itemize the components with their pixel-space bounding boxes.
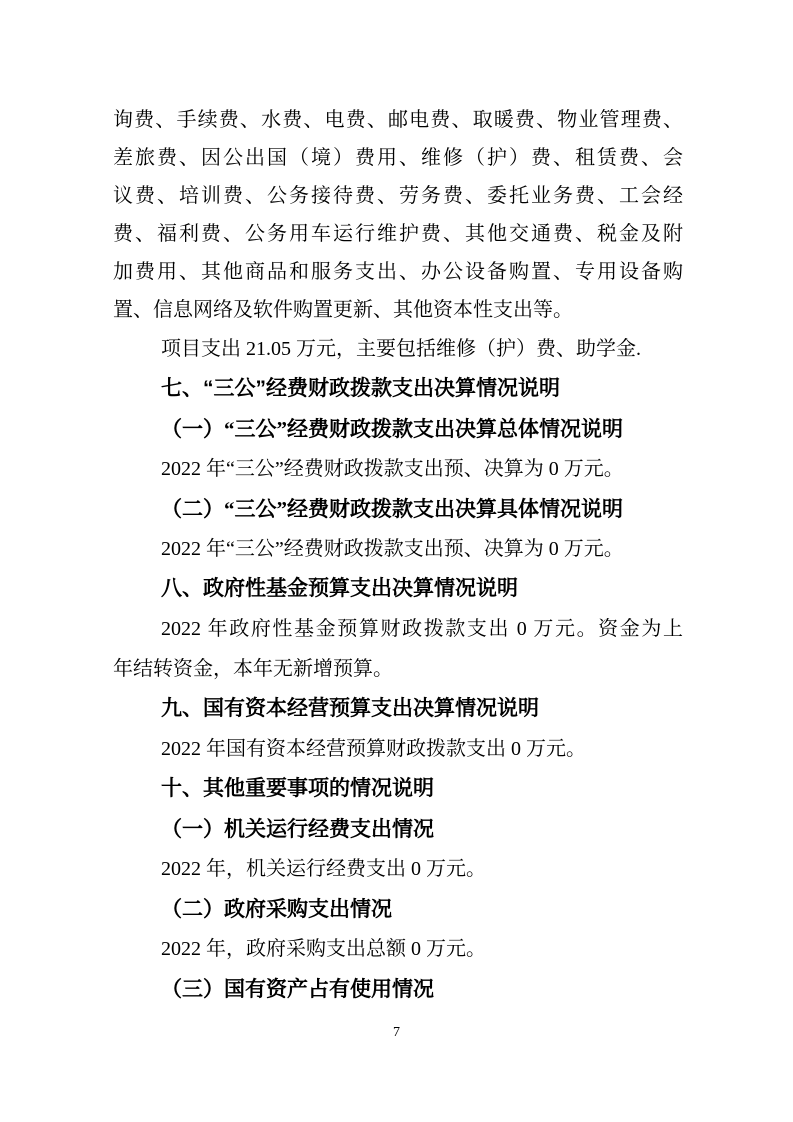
page-number: 7 [0, 1022, 793, 1044]
body-line: 2022 年国有资本经营预算财政拨款支出 0 万元。 [113, 729, 683, 769]
document-body: 询费、手续费、水费、电费、邮电费、取暖费、物业管理费、 差旅费、因公出国（境）费… [113, 101, 683, 1009]
section-heading-7: 七、“三公”经费财政拨款支出决算情况说明 [113, 369, 683, 409]
body-line: 置、信息网络及软件购置更新、其他资本性支出等。 [113, 291, 683, 329]
body-line: 费、福利费、公务用车运行维护费、其他交通费、税金及附 [113, 215, 683, 253]
subsection-heading-7-2: （二）“三公”经费财政拨款支出决算具体情况说明 [113, 489, 683, 529]
body-line: 年结转资金，本年无新增预算。 [113, 649, 683, 689]
body-line: 2022 年“三公”经费财政拨款支出预、决算为 0 万元。 [113, 449, 683, 489]
document-page: 询费、手续费、水费、电费、邮电费、取暖费、物业管理费、 差旅费、因公出国（境）费… [0, 0, 793, 1122]
body-line: 加费用、其他商品和服务支出、办公设备购置、专用设备购 [113, 253, 683, 291]
body-line: 2022 年政府性基金预算财政拨款支出 0 万元。资金为上 [113, 609, 683, 649]
body-line: 2022 年，政府采购支出总额 0 万元。 [113, 929, 683, 969]
body-line: 2022 年“三公”经费财政拨款支出预、决算为 0 万元。 [113, 529, 683, 569]
subsection-heading-10-3: （三）国有资产占有使用情况 [113, 969, 683, 1009]
section-heading-9: 九、国有资本经营预算支出决算情况说明 [113, 689, 683, 729]
section-heading-10: 十、其他重要事项的情况说明 [113, 769, 683, 809]
body-line: 议费、培训费、公务接待费、劳务费、委托业务费、工会经 [113, 177, 683, 215]
subsection-heading-7-1: （一）“三公”经费财政拨款支出决算总体情况说明 [113, 409, 683, 449]
body-line: 2022 年，机关运行经费支出 0 万元。 [113, 849, 683, 889]
subsection-heading-10-1: （一）机关运行经费支出情况 [113, 809, 683, 849]
paragraph-line: 项目支出 21.05 万元，主要包括维修（护）费、助学金. [113, 329, 683, 369]
subsection-heading-10-2: （二）政府采购支出情况 [113, 889, 683, 929]
body-line: 询费、手续费、水费、电费、邮电费、取暖费、物业管理费、 [113, 101, 683, 139]
body-line: 差旅费、因公出国（境）费用、维修（护）费、租赁费、会 [113, 139, 683, 177]
section-heading-8: 八、政府性基金预算支出决算情况说明 [113, 569, 683, 609]
